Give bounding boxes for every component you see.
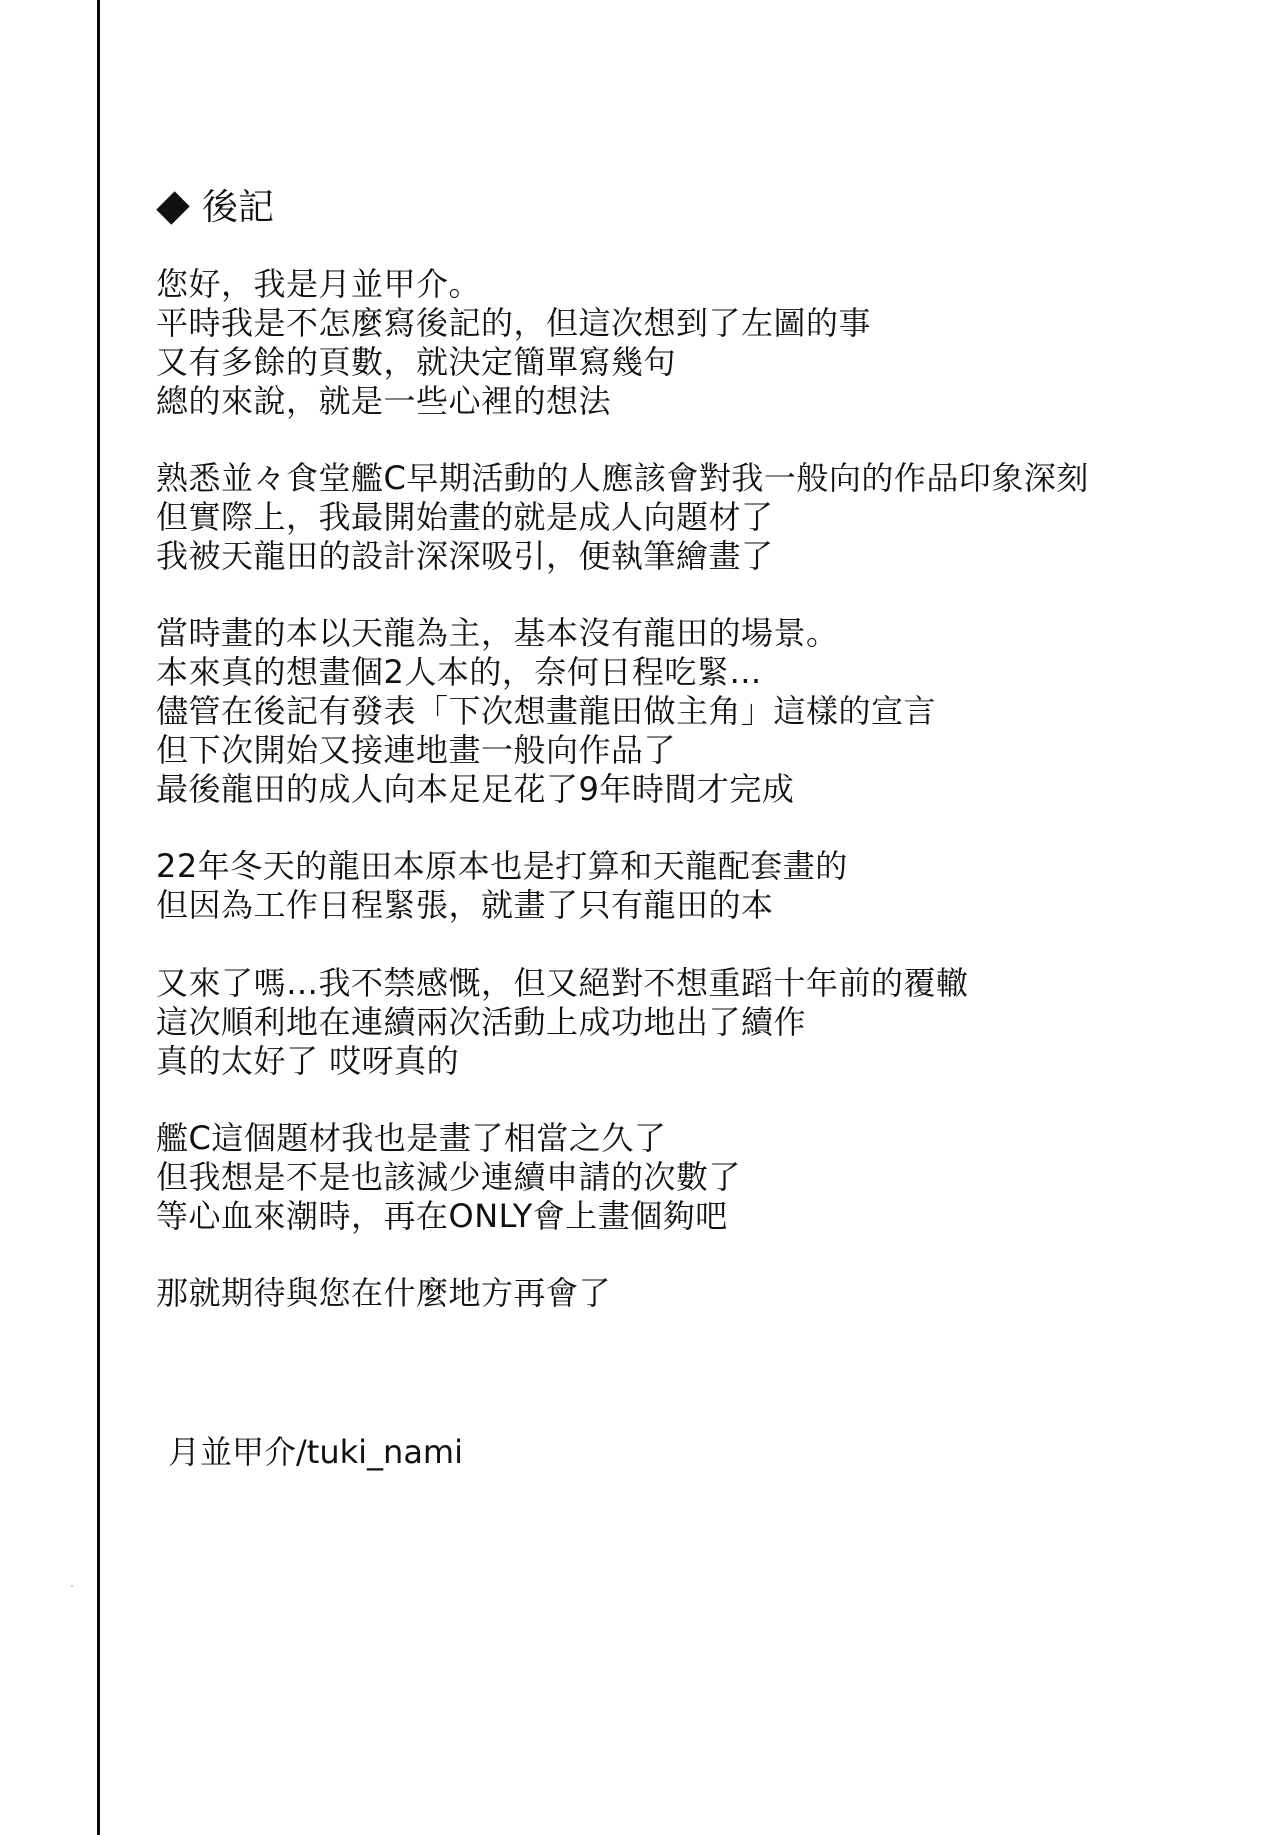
page-binding-border [97,0,100,1835]
paragraph-7-line-1: 那就期待與您在什麼地方再會了 [156,1273,611,1313]
paragraph-5-line-3: 真的太好了 哎呀真的 [156,1041,459,1081]
paragraph-3-line-3: 儘管在後記有發表「下次想畫龍田做主角」這樣的宣言 [156,691,936,731]
paragraph-1-line-1: 您好，我是月並甲介。 [156,264,481,304]
heading-title: 後記 [202,186,274,230]
paragraph-5-line-2: 這次順利地在連續兩次活動上成功地出了續作 [156,1002,806,1042]
paragraph-3-line-5: 最後龍田的成人向本足足花了9年時間才完成 [156,769,794,809]
paragraph-3-line-2: 本來真的想畫個2人本的，奈何日程吃緊… [156,652,762,692]
paragraph-2-line-3: 我被天龍田的設計深深吸引，便執筆繪畫了 [156,536,774,576]
paragraph-3-line-1: 當時畫的本以天龍為主，基本沒有龍田的場景。 [156,613,839,653]
paragraph-5-line-1: 又來了嗎…我不禁感慨，但又絕對不想重蹈十年前的覆轍 [156,963,969,1003]
paragraph-6-line-3: 等心血來潮時，再在ONLY會上畫個夠吧 [156,1196,728,1236]
scan-speck [71,1585,73,1587]
afterword-heading: 後記 [156,186,274,230]
paragraph-4-line-2: 但因為工作日程緊張，就畫了只有龍田的本 [156,885,774,925]
paragraph-4-line-1: 22年冬天的龍田本原本也是打算和天龍配套畫的 [156,846,848,886]
author-signature: 月並甲介/tuki_nami [168,1432,463,1472]
paragraph-3-line-4: 但下次開始又接連地畫一般向作品了 [156,730,676,770]
black-diamond-icon [156,191,189,224]
paragraph-6-line-1: 艦C這個題材我也是畫了相當之久了 [156,1118,666,1158]
paragraph-6-line-2: 但我想是不是也該減少連續申請的次數了 [156,1157,741,1197]
paragraph-2-line-2: 但實際上，我最開始畫的就是成人向題材了 [156,497,774,537]
paragraph-1-line-4: 總的來說，就是一些心裡的想法 [156,381,611,421]
paragraph-2-line-1: 熟悉並々食堂艦C早期活動的人應該會對我一般向的作品印象深刻 [156,458,1089,498]
paragraph-1-line-3: 又有多餘的頁數，就決定簡單寫幾句 [156,342,676,382]
paragraph-1-line-2: 平時我是不怎麼寫後記的，但這次想到了左圖的事 [156,303,871,343]
